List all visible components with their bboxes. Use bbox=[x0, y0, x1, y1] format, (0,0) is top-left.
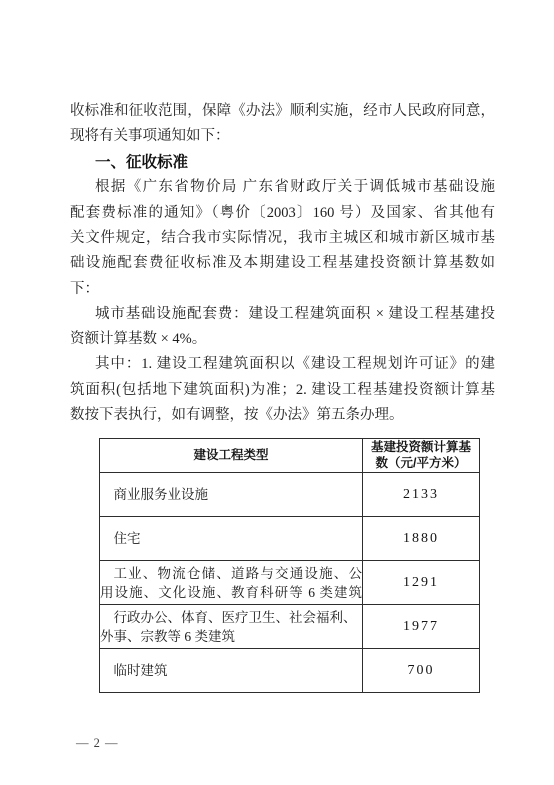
table-header-row: 建设工程类型 基建投资额计算基数（元/平方米） bbox=[100, 439, 480, 473]
document-body: 收标准和征收范围，保障《办法》顺利实施，经市人民政府同意， 现将有关事项通知如下… bbox=[70, 99, 495, 693]
body-line: 城市基础设施配套费：建设工程建筑面积 × 建设工程基建投 bbox=[70, 302, 495, 327]
project-type-cell: 住宅 bbox=[100, 517, 363, 561]
table-row: 行政办公、体育、医疗卫生、社会福利、 外事、宗教等 6 类建筑 1977 bbox=[100, 605, 480, 649]
project-type-cell: 商业服务业设施 bbox=[100, 473, 363, 517]
fee-table: 建设工程类型 基建投资额计算基数（元/平方米） 商业服务业设施 2133 住宅 … bbox=[99, 438, 480, 693]
base-value-cell: 2133 bbox=[363, 473, 480, 517]
body-line: 配套费标准的通知》（粤价〔2003〕160 号）及国家、省其他有 bbox=[70, 201, 495, 226]
body-line: 筑面积(包括地下建筑面积)为准；2. 建设工程基建投资额计算基 bbox=[70, 378, 495, 403]
base-value-cell: 1880 bbox=[363, 517, 480, 561]
project-type-cell: 临时建筑 bbox=[100, 649, 363, 693]
body-line: 根据《广东省物价局 广东省财政厅关于调低城市基础设施 bbox=[70, 175, 495, 200]
table-row: 住宅 1880 bbox=[100, 517, 480, 561]
base-value-cell: 700 bbox=[363, 649, 480, 693]
body-line: 现将有关事项通知如下： bbox=[70, 124, 495, 149]
project-type-cell: 工业、物流仓储、道路与交通设施、公 用设施、文化设施、教育科研等 6 类建筑 bbox=[100, 561, 363, 605]
project-type-cell: 行政办公、体育、医疗卫生、社会福利、 外事、宗教等 6 类建筑 bbox=[100, 605, 363, 649]
body-line: 础设施配套费征收标准及本期建设工程基建投资额计算基数如 bbox=[70, 251, 495, 276]
section-heading: 一、征收标准 bbox=[70, 150, 495, 176]
base-value-cell: 1977 bbox=[363, 605, 480, 649]
body-line: 下： bbox=[70, 277, 495, 302]
table-row: 商业服务业设施 2133 bbox=[100, 473, 480, 517]
table-row: 临时建筑 700 bbox=[100, 649, 480, 693]
body-line: 收标准和征收范围，保障《办法》顺利实施，经市人民政府同意， bbox=[70, 99, 495, 124]
document-page: 收标准和征收范围，保障《办法》顺利实施，经市人民政府同意， 现将有关事项通知如下… bbox=[0, 0, 554, 785]
column-header-project-type: 建设工程类型 bbox=[100, 439, 363, 473]
body-line: 其中：1. 建设工程建筑面积以《建设工程规划许可证》的建 bbox=[70, 352, 495, 377]
body-line: 关文件规定，结合我市实际情况，我市主城区和城市新区城市基 bbox=[70, 226, 495, 251]
table-row: 工业、物流仓储、道路与交通设施、公 用设施、文化设施、教育科研等 6 类建筑 1… bbox=[100, 561, 480, 605]
body-line: 数按下表执行，如有调整，按《办法》第五条办理。 bbox=[70, 403, 495, 428]
page-number: — 2 — bbox=[76, 736, 119, 751]
body-line: 资额计算基数 × 4%。 bbox=[70, 327, 495, 352]
column-header-base-value: 基建投资额计算基数（元/平方米） bbox=[363, 439, 480, 473]
base-value-cell: 1291 bbox=[363, 561, 480, 605]
